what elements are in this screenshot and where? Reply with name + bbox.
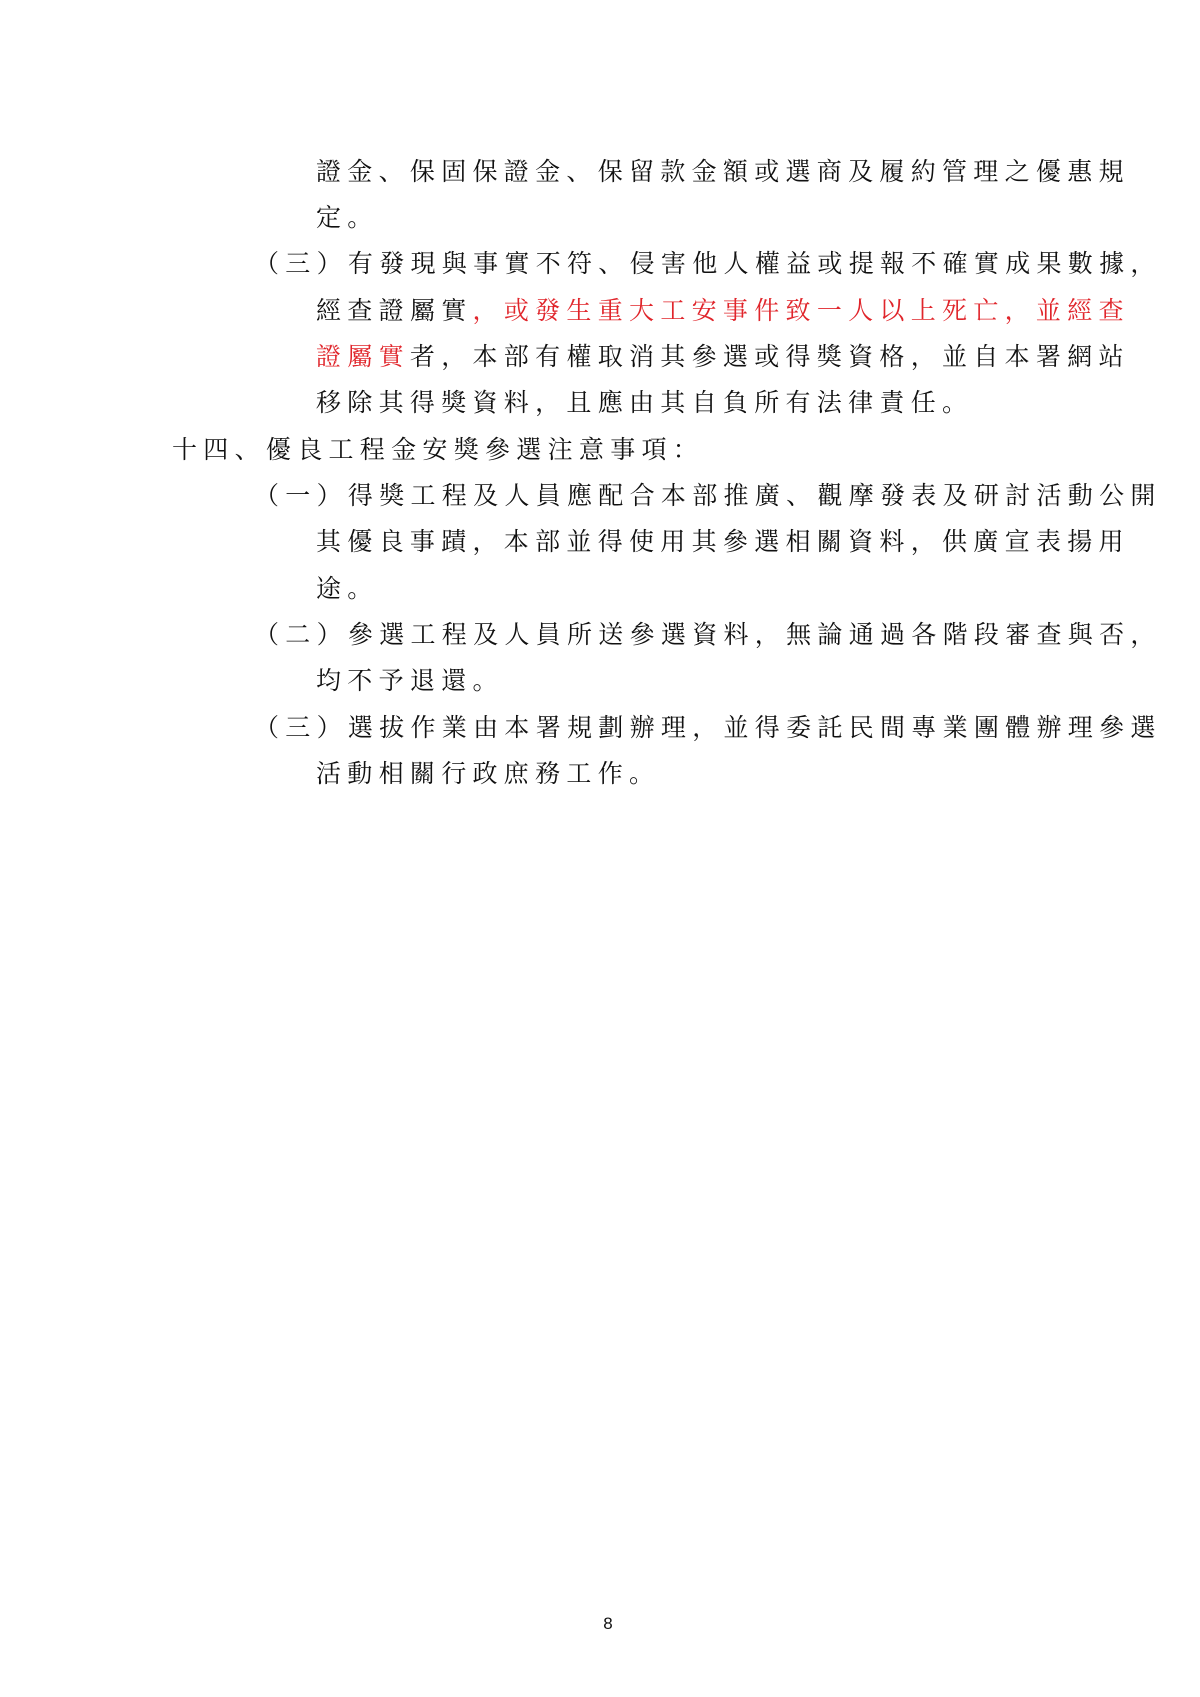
normal-text: 者，本部有權取消其參選或得獎資格，並自本署網站: [410, 342, 1130, 371]
list-item-1-line: 途。: [316, 566, 379, 612]
list-item-1-line: （一）得獎工程及人員應配合本部推廣、觀摩發表及研討活動公開: [254, 473, 1162, 519]
list-item-2-line: 均不予退還。: [316, 658, 504, 704]
list-item-3-line: （三）有發現與事實不符、侵害他人權益或提報不確實成果數據，: [254, 241, 1162, 287]
paragraph-line: 定。: [316, 195, 379, 241]
list-item-3-line: （三）選拔作業由本署規劃辦理，並得委託民間專業團體辦理參選: [254, 705, 1162, 751]
highlighted-amendment-text: 證屬實: [316, 342, 410, 371]
list-item-3-line: 經查證屬實，或發生重大工安事件致一人以上死亡，並經查: [316, 288, 1130, 334]
document-page: 證金、保固保證金、保留款金額或選商及履約管理之優惠規 定。 （三）有發現與事實不…: [0, 0, 1200, 1697]
paragraph-line: 證金、保固保證金、保留款金額或選商及履約管理之優惠規: [316, 149, 1130, 195]
list-item-3-line: 活動相關行政庶務工作。: [316, 751, 660, 797]
page-number: 8: [0, 1614, 1200, 1634]
section-heading: 十四、優良工程金安獎參選注意事項：: [172, 427, 704, 473]
list-item-1-line: 其優良事蹟，本部並得使用其參選相關資料，供廣宣表揚用: [316, 519, 1130, 565]
list-item-2-line: （二）參選工程及人員所送參選資料，無論通過各階段審查與否，: [254, 612, 1162, 658]
list-item-3-line: 證屬實者，本部有權取消其參選或得獎資格，並自本署網站: [316, 334, 1130, 380]
normal-text: 經查證屬實: [316, 296, 473, 325]
list-item-3-line: 移除其得獎資料，且應由其自負所有法律責任。: [316, 380, 973, 426]
highlighted-amendment-text: ，或發生重大工安事件致一人以上死亡，並經查: [473, 296, 1130, 325]
